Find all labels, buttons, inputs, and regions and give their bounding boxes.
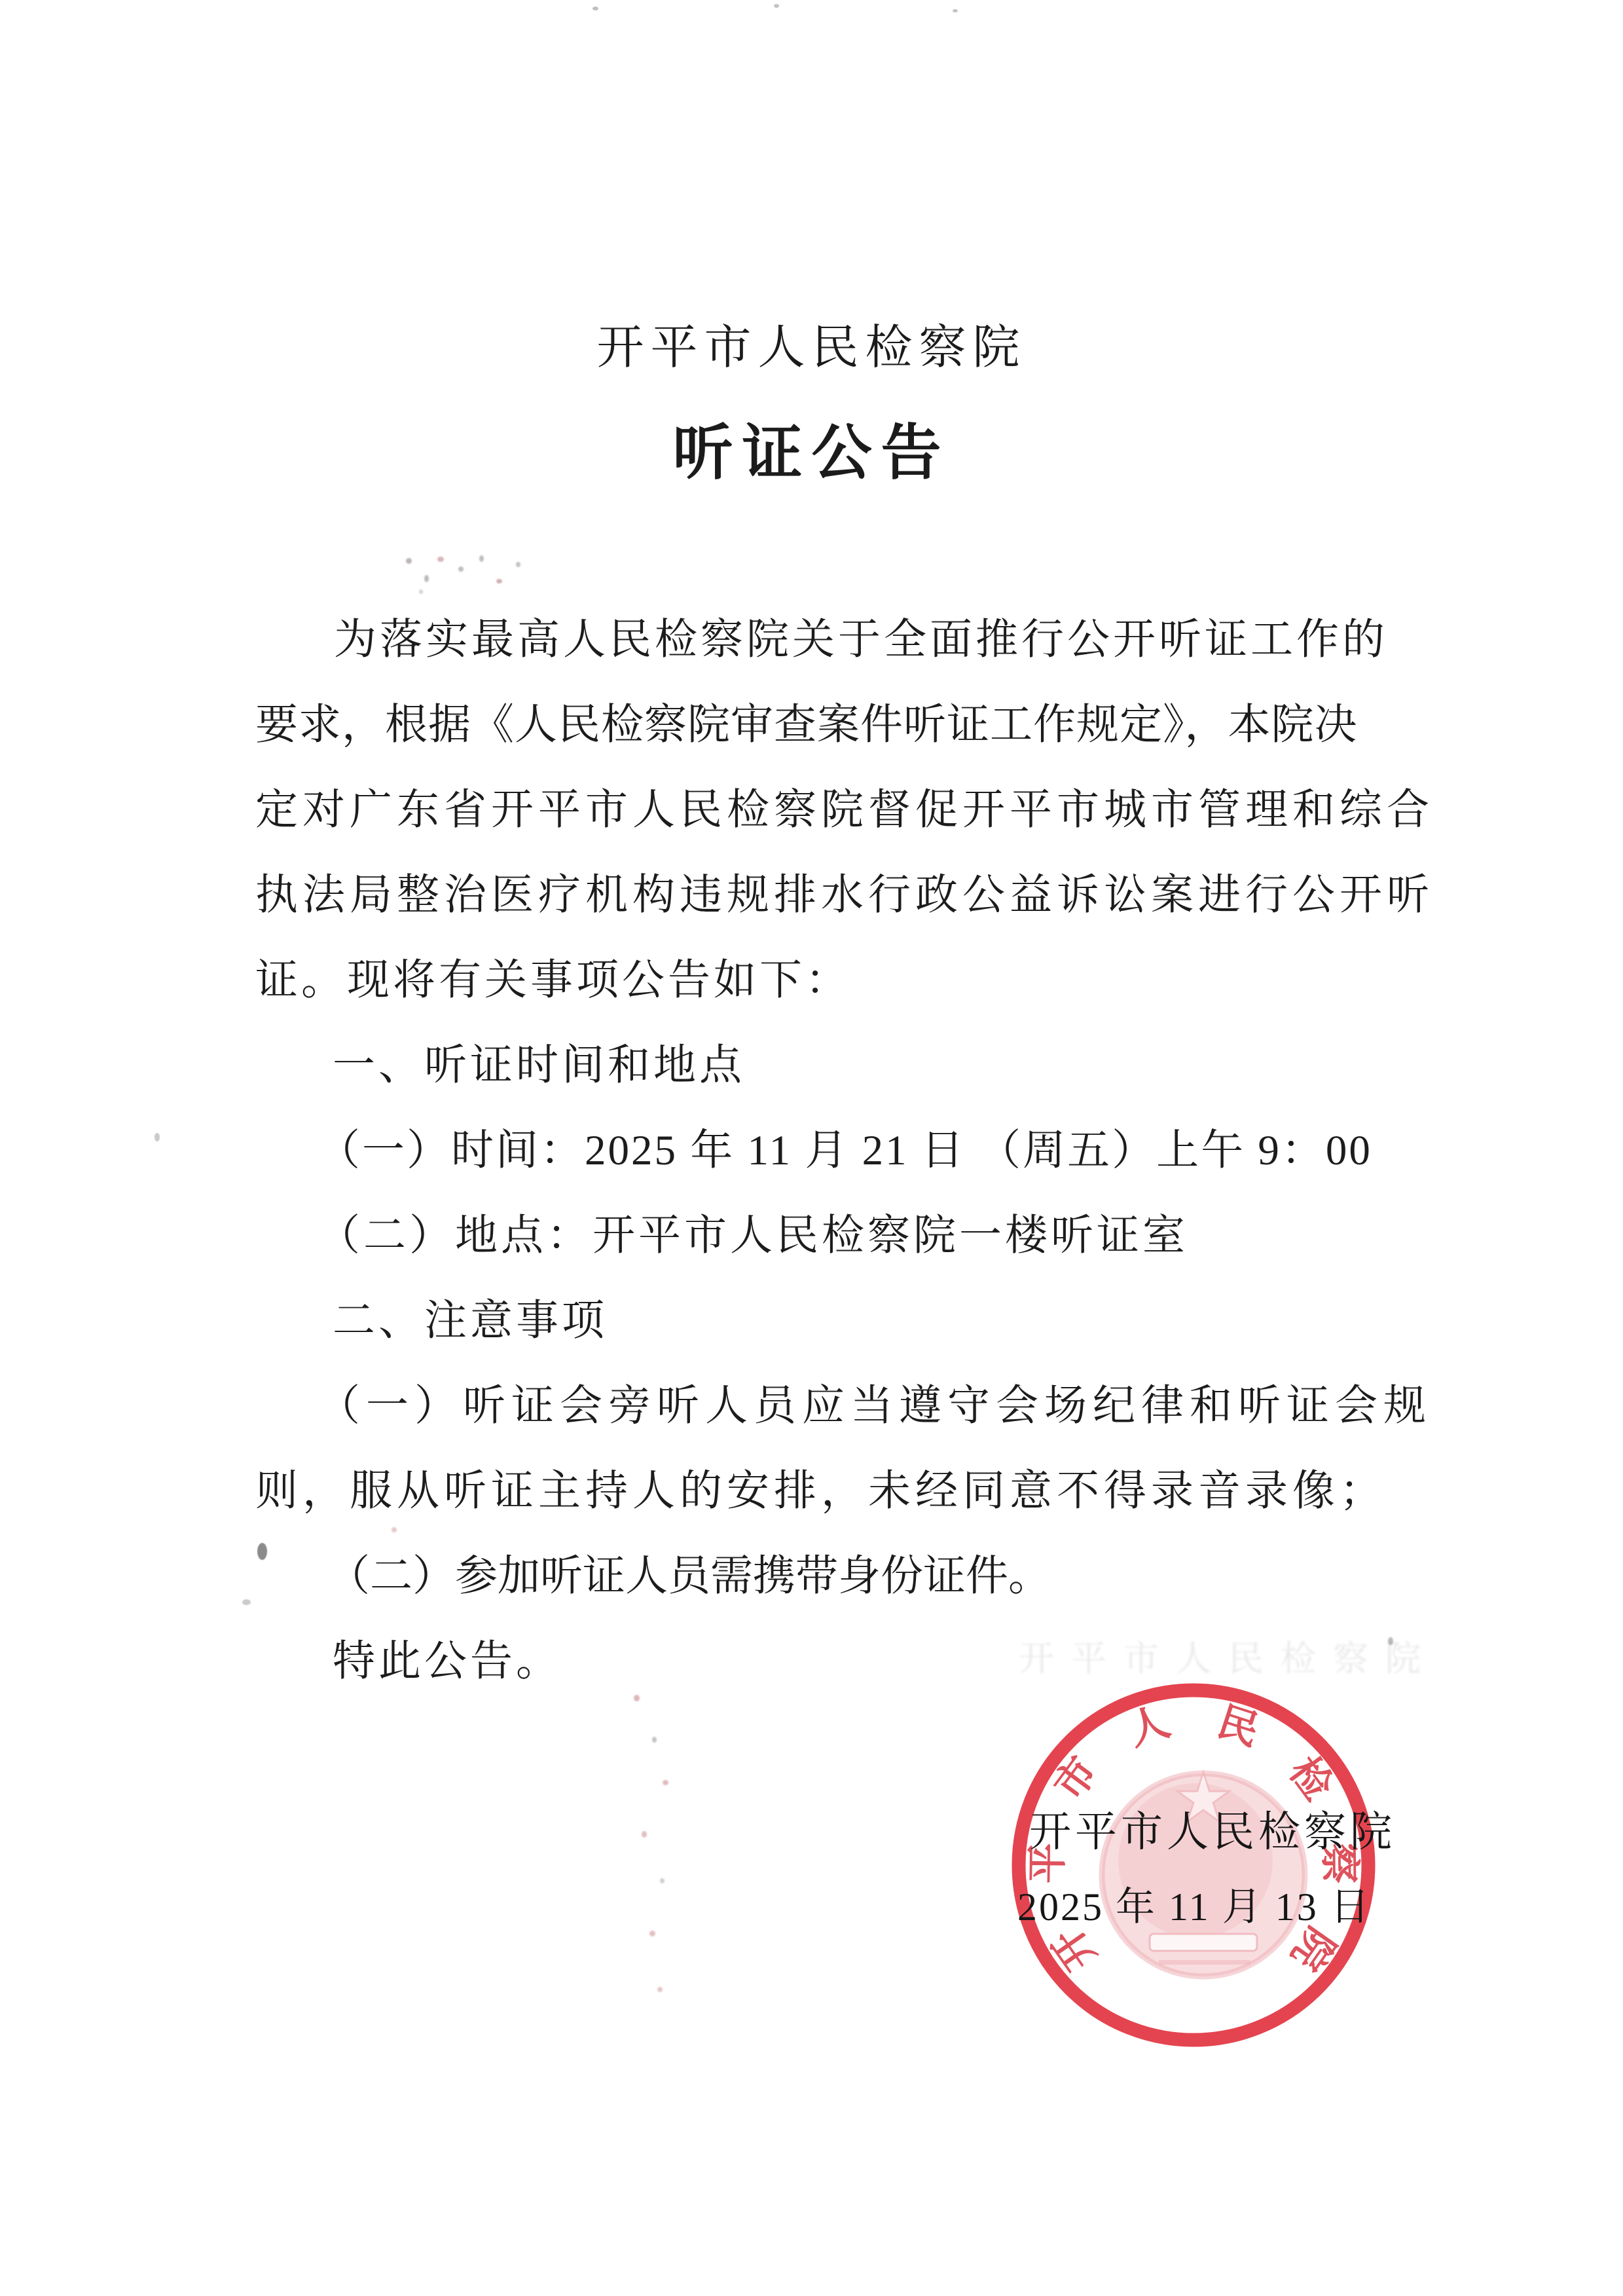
body-line: 则，服从听证主持人的安排，未经同意不得录音录像；: [255, 1449, 1395, 1534]
scan-artifact: [642, 1831, 647, 1838]
signature-organization: 开平市人民检察院: [1029, 1798, 1396, 1859]
scan-artifact: [657, 1987, 663, 1992]
scan-artifact: [660, 1878, 665, 1883]
scan-artifact: [406, 558, 412, 564]
scan-artifact: [496, 579, 502, 583]
body-line: 证。现将有关事项公告如下：: [255, 938, 1395, 1023]
scan-artifact: [652, 1737, 657, 1743]
scan-artifact: [437, 557, 444, 562]
seal-graphic: 开 平 市 人 民 检 察 院: [981, 1652, 1406, 2078]
scan-artifact: [419, 589, 423, 594]
announcement-heading: 听证公告: [0, 405, 1623, 491]
scan-artifact: [458, 566, 464, 572]
body-line: 执法局整治医疗机构违规排水行政公益诉讼案进行公开听: [255, 853, 1395, 938]
body-line: 为落实最高人民检察院关于全面推行公开听证工作的: [255, 597, 1395, 682]
scan-artifact: [479, 555, 484, 562]
scan-artifact: [649, 1931, 655, 1936]
body-text: 为落实最高人民检察院关于全面推行公开听证工作的要求，根据《人民检察院审查案件听证…: [255, 597, 1395, 1704]
signature-date: 2025 年 11 月 13 日: [1017, 1876, 1372, 1932]
body-line: （二）参加听证人员需携带身份证件。: [255, 1534, 1395, 1619]
scan-artifact: [424, 575, 429, 582]
organization-title: 开平市人民检察院: [0, 309, 1623, 377]
scanned-announcement-page: 开平市人民检察院 听证公告 为落实最高人民检察院关于全面推行公开听证工作的要求，…: [0, 0, 1623, 2296]
body-line: （一）时间：2025 年 11 月 21 日 （周五）上午 9：00: [255, 1108, 1395, 1193]
scan-artifact: [593, 7, 598, 10]
scan-artifact: [242, 1599, 251, 1605]
body-line: 定对广东省开平市人民检察院督促开平市城市管理和综合: [255, 768, 1395, 853]
body-line: 特此公告。: [255, 1619, 1395, 1704]
scan-artifact: [663, 1780, 668, 1785]
scan-artifact: [953, 9, 958, 12]
official-seal: 开 平 市 人 民 检 察 院: [981, 1652, 1406, 2078]
body-line: 一、听证时间和地点: [255, 1023, 1395, 1108]
body-line: （一）听证会旁听人员应当遵守会场纪律和听证会规: [255, 1363, 1395, 1449]
scan-artifact: [774, 4, 779, 8]
body-line: （二）地点：开平市人民检察院一楼听证室: [255, 1193, 1395, 1278]
scan-artifact: [155, 1133, 160, 1141]
body-line: 要求，根据《人民检察院审查案件听证工作规定》，本院决: [255, 682, 1395, 768]
scan-artifact: [516, 562, 520, 567]
body-line: 二、注意事项: [255, 1278, 1395, 1363]
